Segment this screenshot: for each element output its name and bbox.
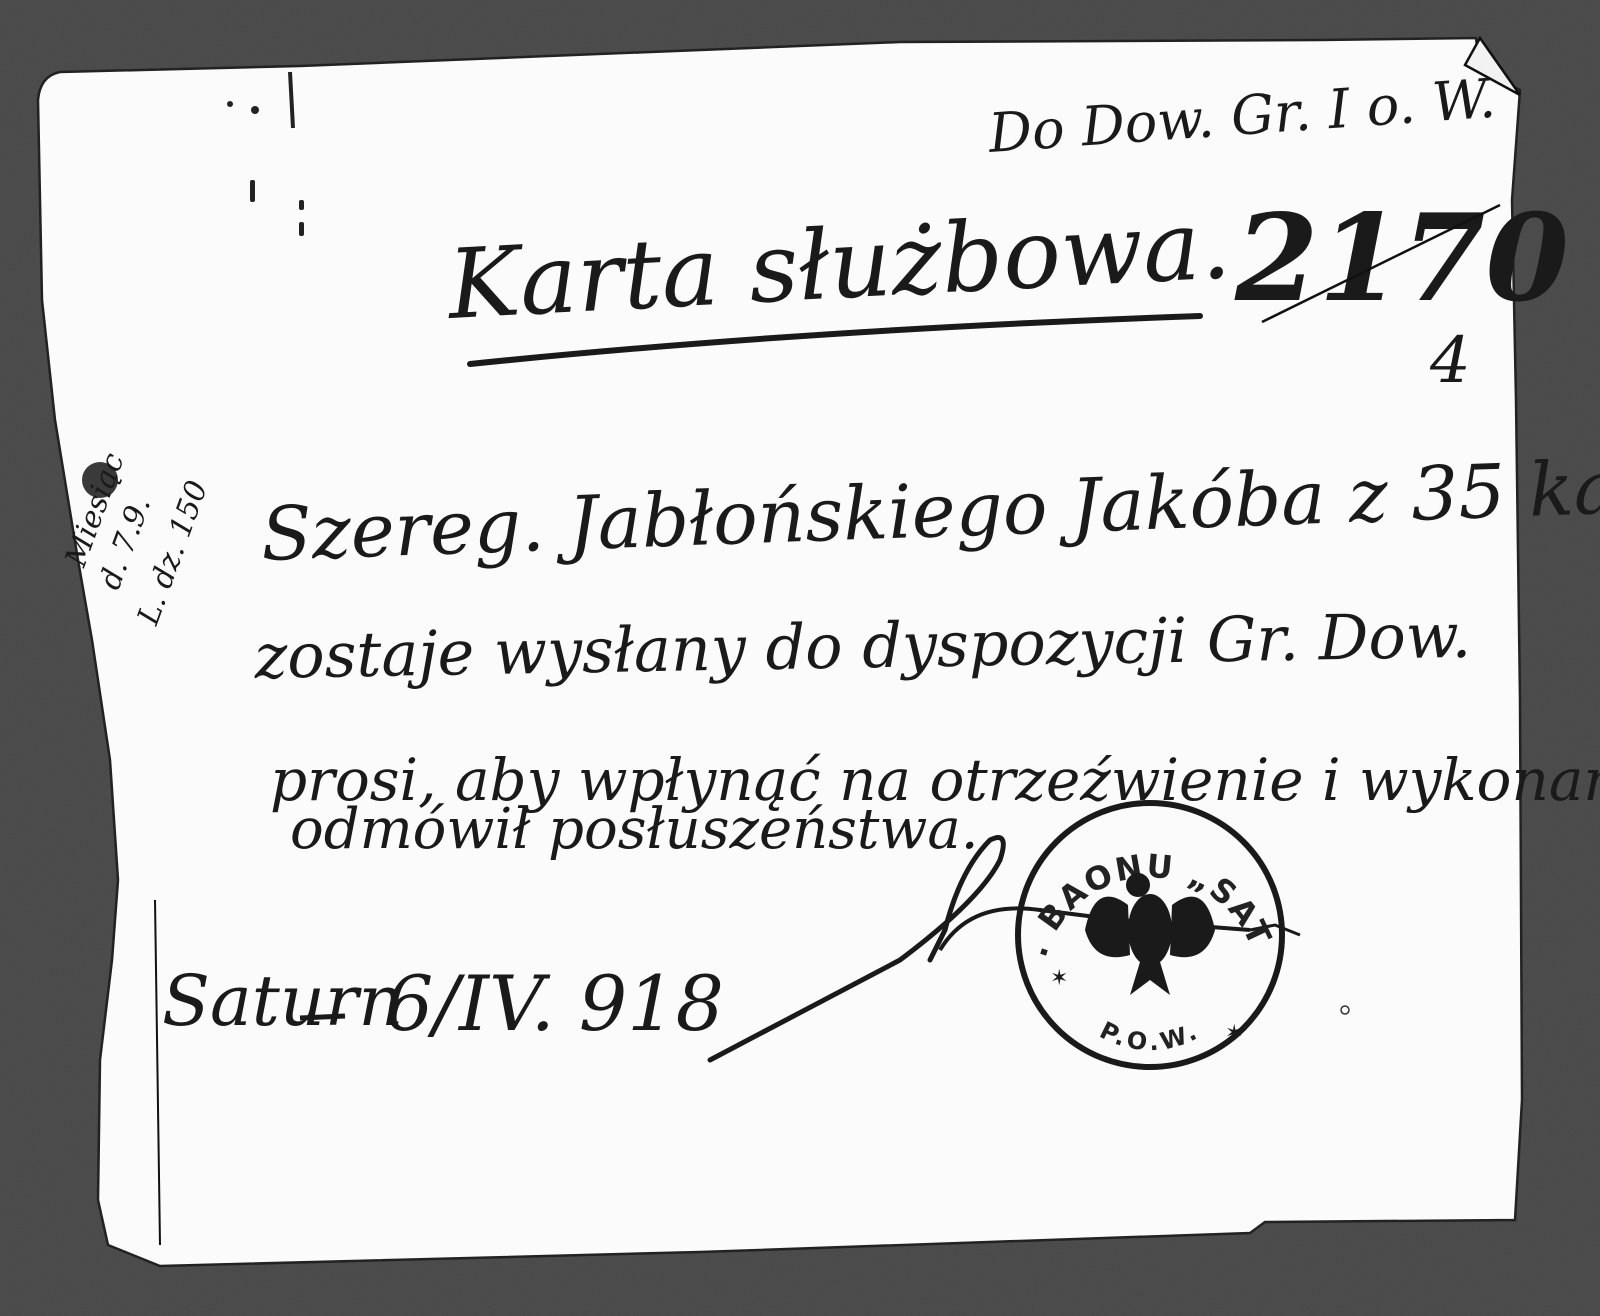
star-icon: ✶ xyxy=(1050,966,1068,991)
document-scan: Do Dow. Gr. I o. W. Karta służbowa. 2170… xyxy=(0,0,1600,1316)
place-date: Saturn 6/IV. 918 xyxy=(162,959,724,1048)
body-line-4: odmówił posłuszeństwa. xyxy=(290,797,979,862)
star-icon: ✶ xyxy=(1225,1021,1243,1046)
date-text: 6/IV. 918 xyxy=(385,959,724,1048)
place-text: Saturn xyxy=(162,960,403,1042)
crossed-out-number: 2170 xyxy=(1234,188,1569,329)
current-number: 4 xyxy=(1429,324,1471,398)
body-text: Szereg. Jabłońskiego Jakóba z 35 kamp. z… xyxy=(253,440,1600,862)
